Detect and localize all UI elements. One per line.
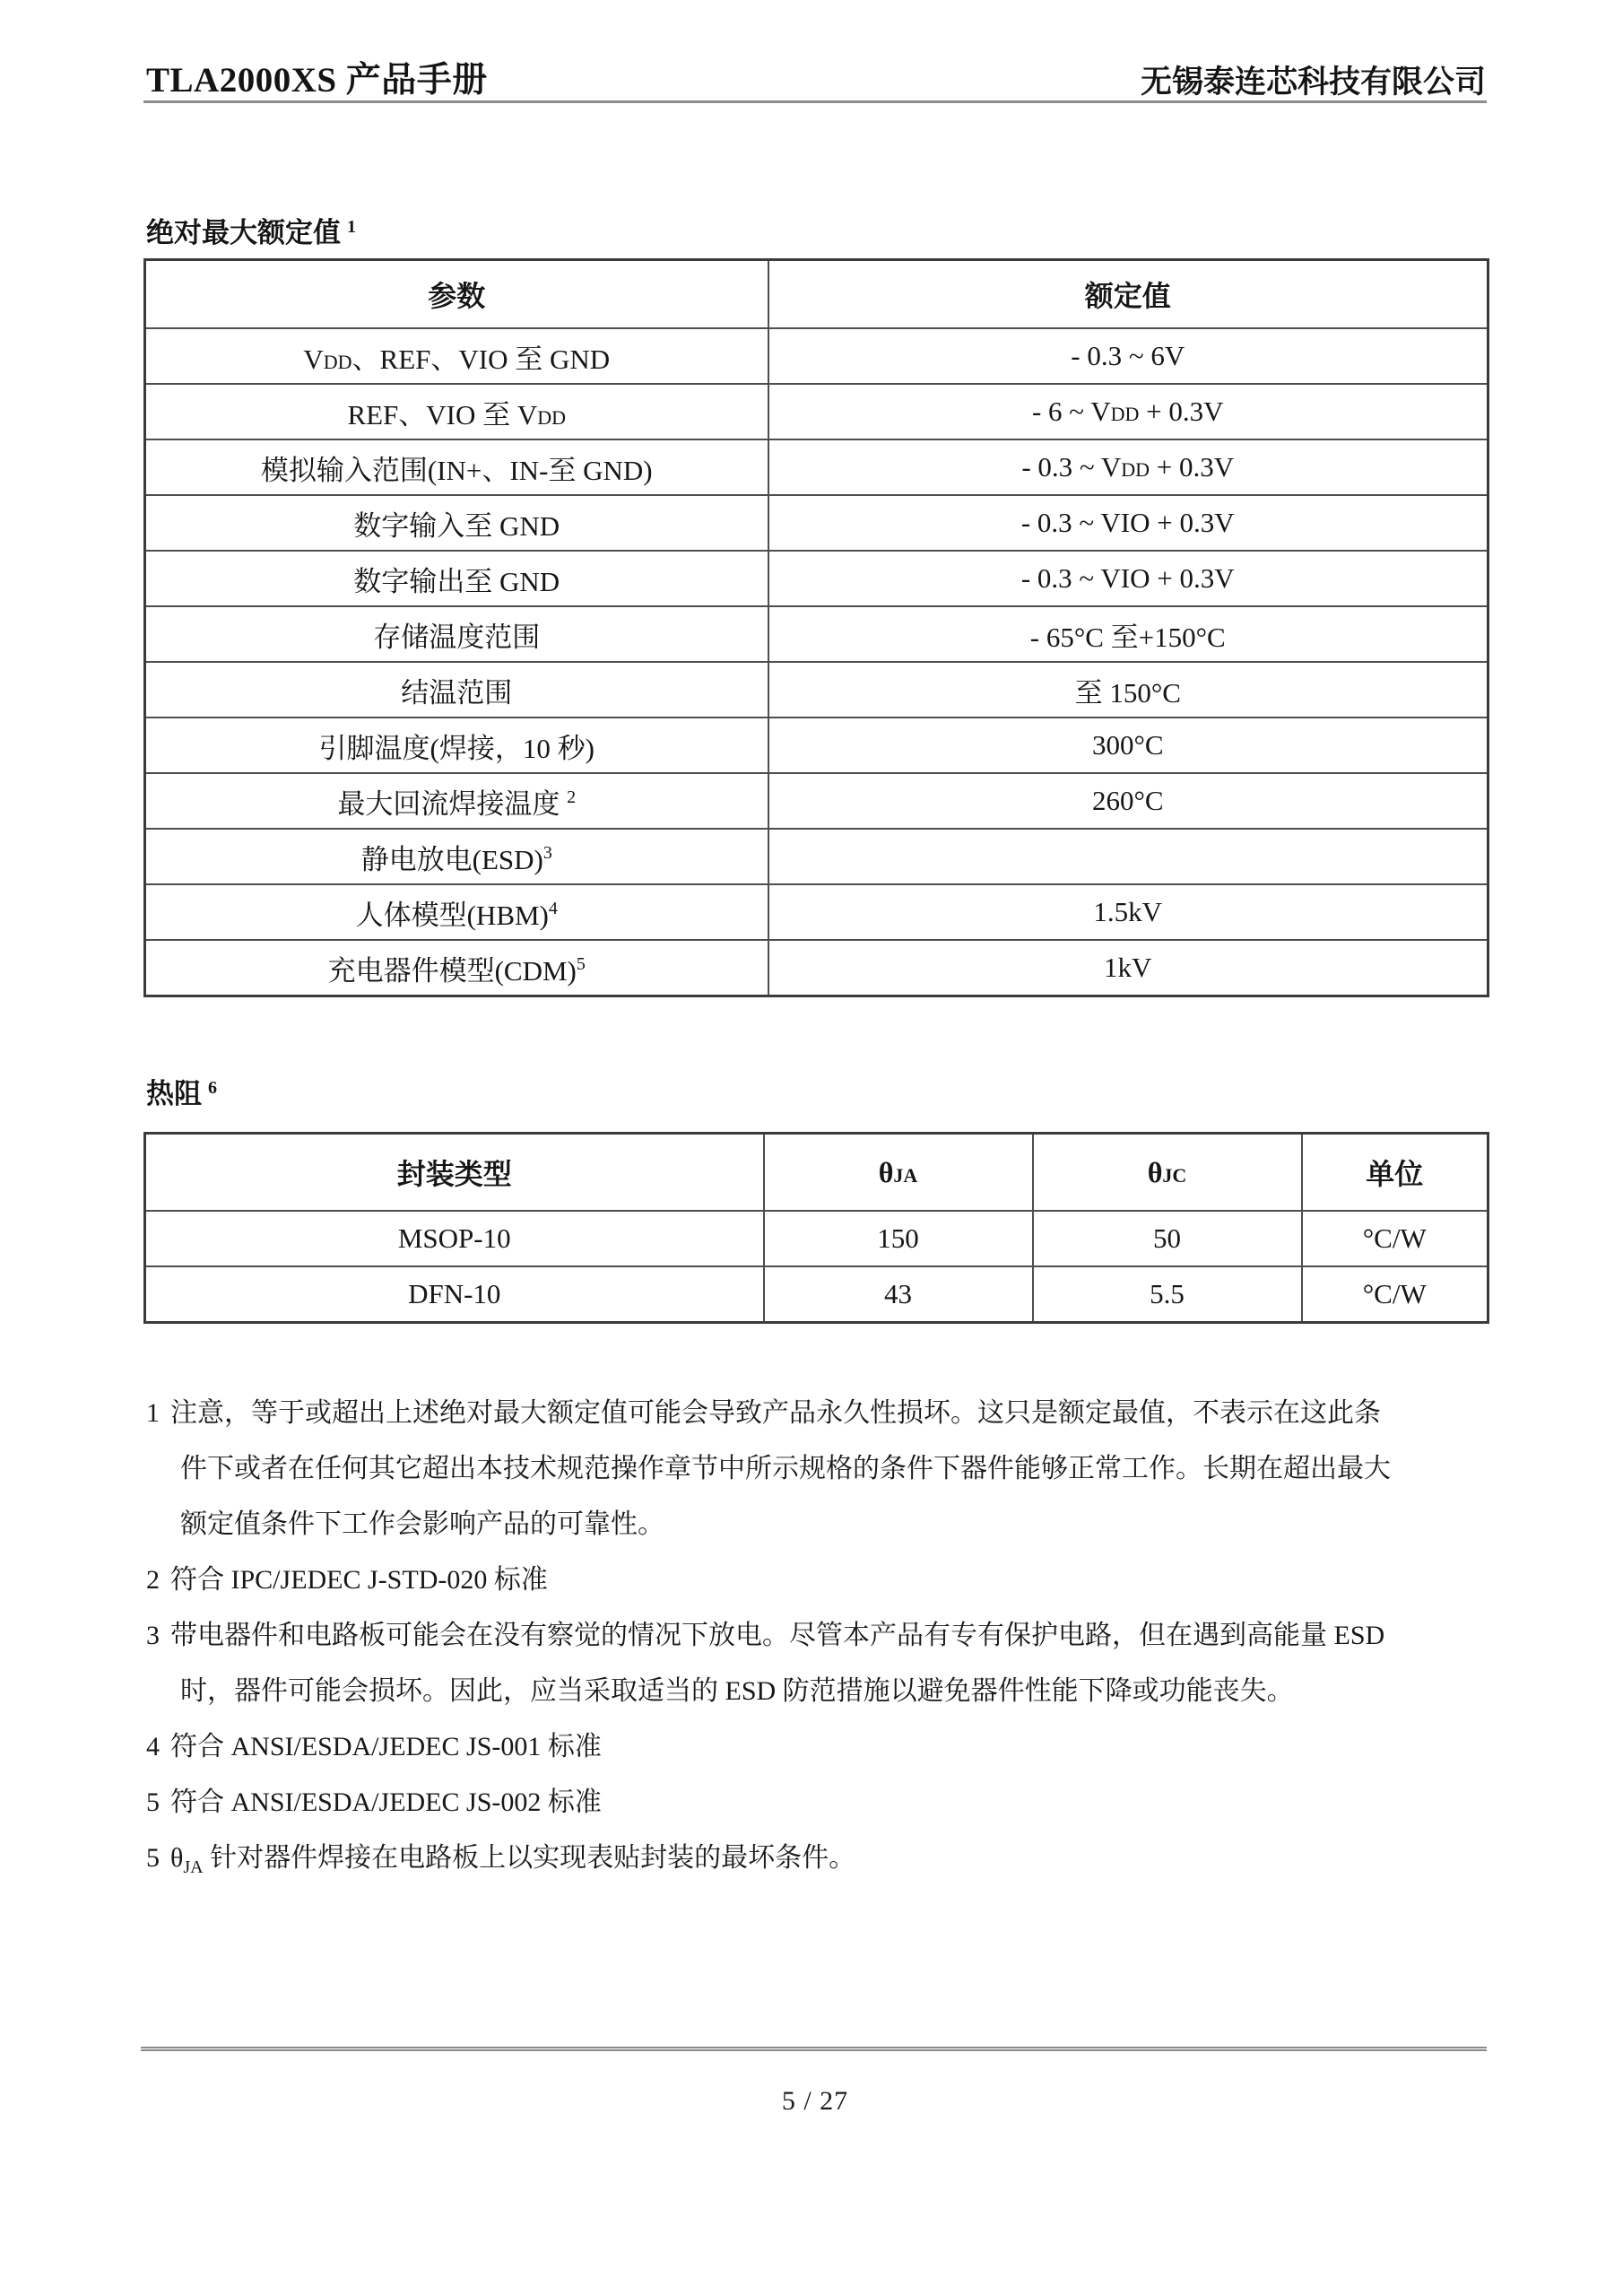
- rating-value-cell: - 0.3 ~ 6V: [768, 328, 1488, 384]
- parameter-cell: 充电器件模型(CDM)5: [145, 940, 768, 996]
- section-title-absolute-maximum-ratings: 绝对最大额定值1: [146, 210, 356, 250]
- footnote-line-first: 4符合 ANSI/ESDA/JEDEC JS-001 标准: [146, 1719, 1518, 1775]
- thermal-table-row: MSOP-1015050°C/W: [145, 1211, 1488, 1266]
- footnote-number: 5: [146, 1843, 160, 1873]
- footnote-line-continuation: 件下或者在任何其它超出本技术规范操作章节中所示规格的条件下器件能够正常工作。长期…: [146, 1441, 1518, 1497]
- thermal-cell: 150: [764, 1211, 1033, 1266]
- section-title-thermal-resistance: 热阻6: [146, 1071, 217, 1111]
- parameter-cell: 数字输出至 GND: [145, 551, 768, 606]
- datasheet-page: TLA2000XS 产品手册 无锡泰连芯科技有限公司 绝对最大额定值1 参数 额…: [0, 0, 1623, 2296]
- rating-value-cell: - 65°C 至+150°C: [768, 606, 1488, 662]
- thermal-column-header: θJC: [1033, 1134, 1302, 1212]
- footnote-number: 4: [146, 1732, 160, 1761]
- thermal-column-header: 封装类型: [145, 1134, 764, 1212]
- footnote-number: 3: [146, 1621, 160, 1650]
- rating-value-cell: - 0.3 ~ VDD + 0.3V: [768, 439, 1488, 495]
- column-header-rating: 额定值: [768, 260, 1488, 329]
- abs-max-table-row: 模拟输入范围(IN+、IN-至 GND)- 0.3 ~ VDD + 0.3V: [145, 439, 1488, 495]
- footnote-line-continuation: 额定值条件下工作会影响产品的可靠性。: [146, 1497, 1518, 1552]
- parameter-cell: 人体模型(HBM)4: [145, 884, 768, 940]
- rating-value-cell: 260°C: [768, 773, 1488, 829]
- thermal-resistance-table: 封装类型θJAθJC单位 MSOP-1015050°C/WDFN-10435.5…: [143, 1132, 1489, 1324]
- page-number: 5 / 27: [143, 2086, 1487, 2117]
- table-header-row: 封装类型θJAθJC单位: [145, 1134, 1488, 1212]
- parameter-cell: VDD、REF、VIO 至 GND: [145, 328, 768, 384]
- rating-value-cell: - 6 ~ VDD + 0.3V: [768, 384, 1488, 439]
- section-title-footnote-sup: 1: [347, 217, 356, 237]
- rating-value-cell: - 0.3 ~ VIO + 0.3V: [768, 495, 1488, 551]
- abs-max-table-row: 静电放电(ESD)3: [145, 829, 1488, 884]
- parameter-cell: REF、VIO 至 VDD: [145, 384, 768, 439]
- footnote-line-first: 1注意，等于或超出上述绝对最大额定值可能会导致产品永久性损坏。这只是额定最值，不…: [146, 1386, 1518, 1441]
- thermal-cell: DFN-10: [145, 1266, 764, 1323]
- thermal-column-header: 单位: [1302, 1134, 1488, 1212]
- abs-max-table-row: 充电器件模型(CDM)51kV: [145, 940, 1488, 996]
- abs-max-table-row: 结温范围至 150°C: [145, 662, 1488, 717]
- footer-rule: [141, 2047, 1487, 2051]
- abs-max-table-row: 人体模型(HBM)41.5kV: [145, 884, 1488, 940]
- section-title-footnote-sup: 6: [208, 1078, 217, 1098]
- parameter-cell: 静电放电(ESD)3: [145, 829, 768, 884]
- footnote-line-first: 2符合 IPC/JEDEC J-STD-020 标准: [146, 1552, 1518, 1608]
- footnote-line-first: 5符合 ANSI/ESDA/JEDEC JS-002 标准: [146, 1775, 1518, 1831]
- footnote-line-continuation: 时，器件可能会损坏。因此，应当采取适当的 ESD 防范措施以避免器件性能下降或功…: [146, 1664, 1518, 1719]
- rating-value-cell: [768, 829, 1488, 884]
- abs-max-table-row: 最大回流焊接温度 2260°C: [145, 773, 1488, 829]
- rating-value-cell: 至 150°C: [768, 662, 1488, 717]
- footnote-number: 5: [146, 1787, 160, 1817]
- footnote-line-first: 3带电器件和电路板可能会在没有察觉的情况下放电。尽管本产品有专有保护电路，但在遇…: [146, 1608, 1518, 1664]
- section-title-text: 热阻: [146, 1078, 202, 1109]
- rating-value-cell: 1kV: [768, 940, 1488, 996]
- footnote-line-first: 5θJA 针对器件焊接在电路板上以实现表贴封装的最坏条件。: [146, 1831, 1518, 1886]
- footnote-number: 2: [146, 1565, 160, 1595]
- parameter-cell: 引脚温度(焊接，10 秒): [145, 717, 768, 773]
- parameter-cell: 数字输入至 GND: [145, 495, 768, 551]
- table-header-row: 参数 额定值: [145, 260, 1488, 329]
- section-title-text: 绝对最大额定值: [146, 217, 341, 248]
- company-name: 无锡泰连芯科技有限公司: [1141, 57, 1486, 102]
- header-rule: [143, 100, 1487, 103]
- parameter-cell: 结温范围: [145, 662, 768, 717]
- parameter-cell: 存储温度范围: [145, 606, 768, 662]
- abs-max-table-row: 数字输入至 GND- 0.3 ~ VIO + 0.3V: [145, 495, 1488, 551]
- thermal-cell: 5.5: [1033, 1266, 1302, 1323]
- thermal-column-header: θJA: [764, 1134, 1033, 1212]
- thermal-cell: 50: [1033, 1211, 1302, 1266]
- column-header-parameter: 参数: [145, 260, 768, 329]
- rating-value-cell: 300°C: [768, 717, 1488, 773]
- absolute-maximum-ratings-table: 参数 额定值 VDD、REF、VIO 至 GND- 0.3 ~ 6VREF、VI…: [143, 258, 1489, 997]
- parameter-cell: 最大回流焊接温度 2: [145, 773, 768, 829]
- abs-max-table-row: 数字输出至 GND- 0.3 ~ VIO + 0.3V: [145, 551, 1488, 606]
- rating-value-cell: - 0.3 ~ VIO + 0.3V: [768, 551, 1488, 606]
- thermal-cell: °C/W: [1302, 1266, 1488, 1323]
- rating-value-cell: 1.5kV: [768, 884, 1488, 940]
- thermal-cell: 43: [764, 1266, 1033, 1323]
- abs-max-table-row: VDD、REF、VIO 至 GND- 0.3 ~ 6V: [145, 328, 1488, 384]
- document-title: TLA2000XS 产品手册: [146, 52, 488, 102]
- footnote-number: 1: [146, 1398, 160, 1428]
- footnotes-block: 1注意，等于或超出上述绝对最大额定值可能会导致产品永久性损坏。这只是额定最值，不…: [146, 1386, 1518, 1886]
- abs-max-table-row: REF、VIO 至 VDD- 6 ~ VDD + 0.3V: [145, 384, 1488, 439]
- parameter-cell: 模拟输入范围(IN+、IN-至 GND): [145, 439, 768, 495]
- thermal-cell: MSOP-10: [145, 1211, 764, 1266]
- thermal-cell: °C/W: [1302, 1211, 1488, 1266]
- abs-max-table-row: 存储温度范围- 65°C 至+150°C: [145, 606, 1488, 662]
- abs-max-table-row: 引脚温度(焊接，10 秒)300°C: [145, 717, 1488, 773]
- thermal-table-row: DFN-10435.5°C/W: [145, 1266, 1488, 1323]
